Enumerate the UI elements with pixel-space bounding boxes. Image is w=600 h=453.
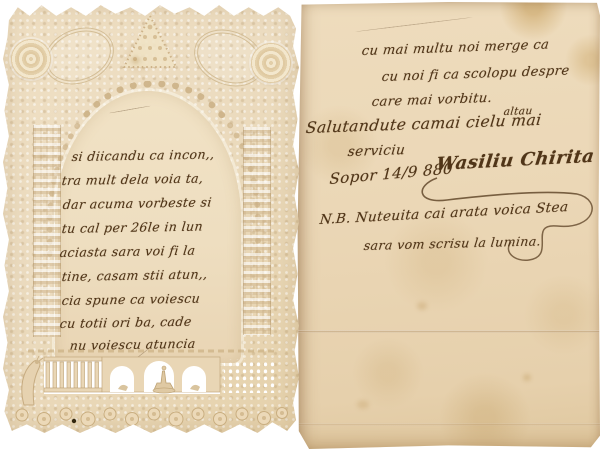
ink-flourish — [355, 17, 472, 32]
dark-speck — [72, 419, 76, 423]
letter-line: dar acuma vorbeste si — [62, 194, 213, 212]
fold-crease — [297, 330, 600, 333]
salutation-line: Salutandute camai cielu mai — [305, 111, 543, 137]
foxing-stain — [37, 153, 45, 160]
letter-line: cu noi fi ca scolopu despre — [381, 63, 570, 85]
foxing-stain — [523, 374, 531, 381]
lace-page: si diicandu ca incon,, tra mult dela voi… — [3, 3, 299, 433]
letter-line: cu totii ori ba, cade — [59, 314, 193, 331]
foxing-stain — [357, 400, 369, 409]
fold-crease — [297, 423, 600, 426]
crown-icon — [119, 13, 181, 71]
lace-medallion — [251, 43, 291, 83]
letter-line: cu mai multu noi merge ca — [361, 37, 550, 59]
lace-bottom-scene — [10, 347, 292, 427]
flower-garland — [16, 408, 288, 427]
right-page: cu mai multu noi merge ca cu noi fi ca s… — [297, 2, 600, 449]
foxing-stain — [131, 57, 140, 64]
peacock-icon — [22, 356, 43, 405]
letter-line: aciasta sara voi fi la — [59, 243, 196, 260]
letter-line: tra mult dela voia ta, — [61, 171, 204, 188]
salutation-line: serviciu — [347, 142, 406, 160]
perforation-grid — [224, 359, 276, 393]
letter-line: tu cal per 26le in lun — [61, 219, 204, 236]
letter-line: tine, casam stii atun,, — [61, 266, 209, 284]
letter-scan: cu mai multu noi merge ca cu noi fi ca s… — [0, 0, 600, 453]
foxing-stain — [417, 302, 427, 310]
letter-line: si diicandu ca incon,, — [71, 147, 216, 164]
letter-line: care mai vorbitu. — [371, 91, 493, 110]
letter-line: cia spune ca voiescu — [61, 291, 201, 308]
lace-side-band — [243, 127, 271, 335]
lace-medallion — [11, 39, 51, 79]
